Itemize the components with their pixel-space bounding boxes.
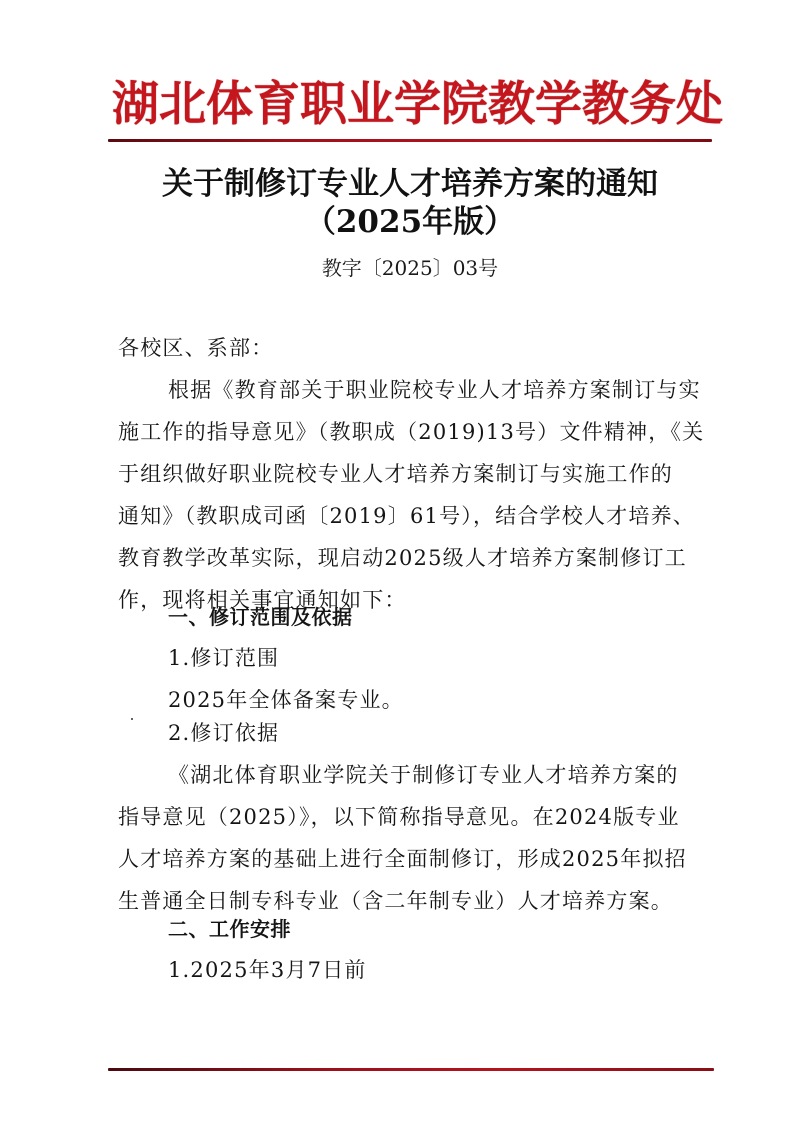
subsection-heading: 1.2025年3月7日前 [168, 955, 708, 985]
masthead-title: 湖北体育职业学院教学教务处 [112, 74, 712, 136]
footer-red-rule [108, 1068, 714, 1071]
paragraph-line: 生普通全日制专科专业（含二年制专业）人才培养方案。 [118, 886, 708, 916]
paragraph-line: 《湖北体育职业学院关于制修订专业人才培养方案的 [168, 760, 708, 790]
document-number: 教字〔2025〕03号 [100, 254, 720, 282]
masthead-red-rule [108, 139, 712, 142]
section-heading-1: 一、修订范围及依据 [168, 602, 708, 632]
paragraph-line: 施工作的指导意见》（教职成（2019)13号）文件精神，《关 [118, 417, 708, 447]
subsection-heading: 1.修订范围 [168, 643, 708, 673]
scan-speck [131, 718, 133, 720]
paragraph-line: 于组织做好职业院校专业人才培养方案制订与实施工作的 [118, 459, 708, 489]
document-page: 湖北体育职业学院教学教务处 关于制修订专业人才培养方案的通知 （2025年版） … [0, 0, 800, 1131]
notice-title-edition: （2025年版） [100, 202, 720, 242]
salutation: 各校区、系部： [118, 333, 708, 363]
paragraph-line: 根据《教育部关于职业院校专业人才培养方案制订与实 [168, 375, 708, 405]
subsection-heading: 2.修订依据 [168, 718, 708, 748]
notice-title: 关于制修订专业人才培养方案的通知 [100, 164, 720, 204]
paragraph-line: 指导意见（2025）》，以下简称指导意见。在2024版专业 [118, 802, 708, 832]
paragraph-line: 通知》（教职成司函〔2019〕61号），结合学校人才培养、 [118, 501, 708, 531]
paragraph-line: 教育教学改革实际，现启动2025级人才培养方案制修订工 [118, 543, 708, 573]
subsection-text: 2025年全体备案专业。 [168, 685, 708, 715]
section-heading-2: 二、工作安排 [168, 914, 708, 944]
paragraph-line: 人才培养方案的基础上进行全面制修订，形成2025年拟招 [118, 844, 708, 874]
